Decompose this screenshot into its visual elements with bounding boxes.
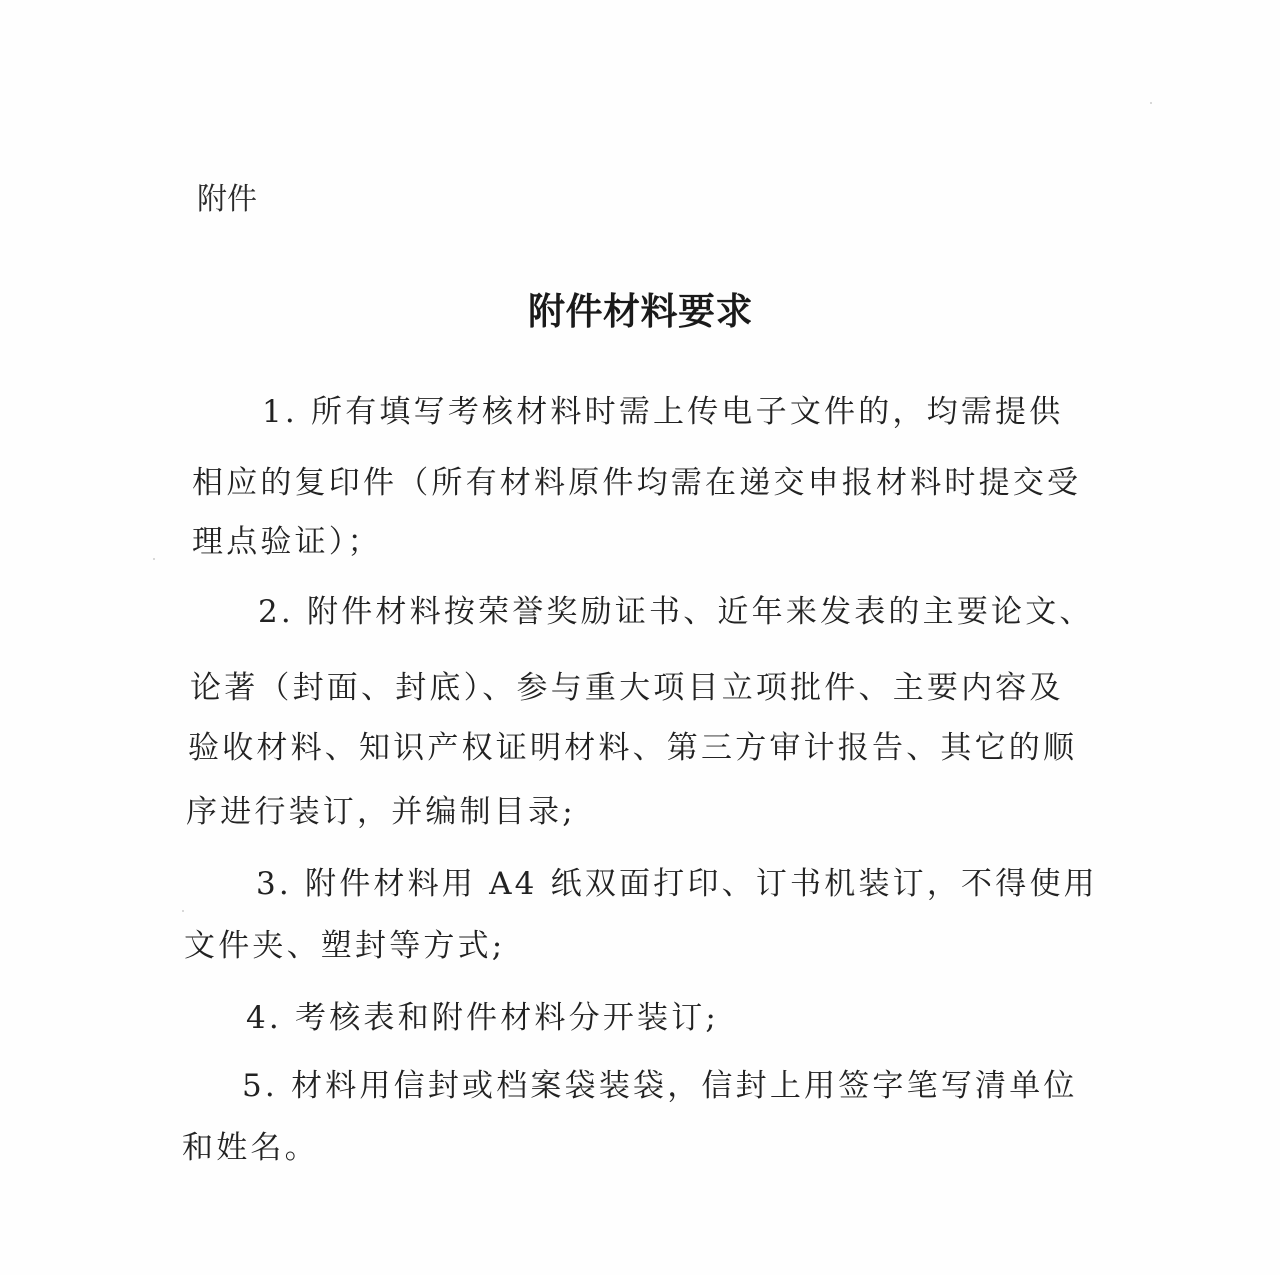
- item-1-line-1: 1. 所有填写考核材料时需上传电子文件的，均需提供: [262, 392, 1063, 432]
- scan-speck: [182, 910, 184, 912]
- document-title: 附件材料要求: [528, 290, 753, 334]
- item-3-line-1: 3. 附件材料用 A4 纸双面打印、订书机装订，不得使用: [256, 864, 1098, 904]
- scan-speck: [153, 558, 155, 560]
- scanned-document-page: 附件 附件材料要求 1. 所有填写考核材料时需上传电子文件的，均需提供 相应的复…: [0, 0, 1280, 1275]
- item-2-line-4: 序进行装订，并编制目录;: [186, 792, 576, 832]
- item-1-line-3: 理点验证）；: [192, 522, 382, 562]
- item-2-line-1: 2. 附件材料按荣誉奖励证书、近年来发表的主要论文、: [258, 592, 1094, 632]
- item-2-line-2: 论著（封面、封底）、参与重大项目立项批件、主要内容及: [190, 668, 1064, 708]
- item-1-line-2: 相应的复印件（所有材料原件均需在递交申报材料时提交受: [192, 463, 1081, 503]
- item-3-line-2: 文件夹、塑封等方式;: [184, 926, 505, 966]
- item-4-line-1: 4. 考核表和附件材料分开装订;: [246, 998, 719, 1038]
- annex-label: 附件: [197, 180, 257, 220]
- item-2-line-3: 验收材料、知识产权证明材料、第三方审计报告、其它的顺: [188, 728, 1077, 768]
- item-5-line-1: 5. 材料用信封或档案袋装袋，信封上用签字笔写清单位: [242, 1066, 1078, 1106]
- scan-speck: [1150, 102, 1152, 104]
- item-5-line-2: 和姓名。: [182, 1128, 319, 1168]
